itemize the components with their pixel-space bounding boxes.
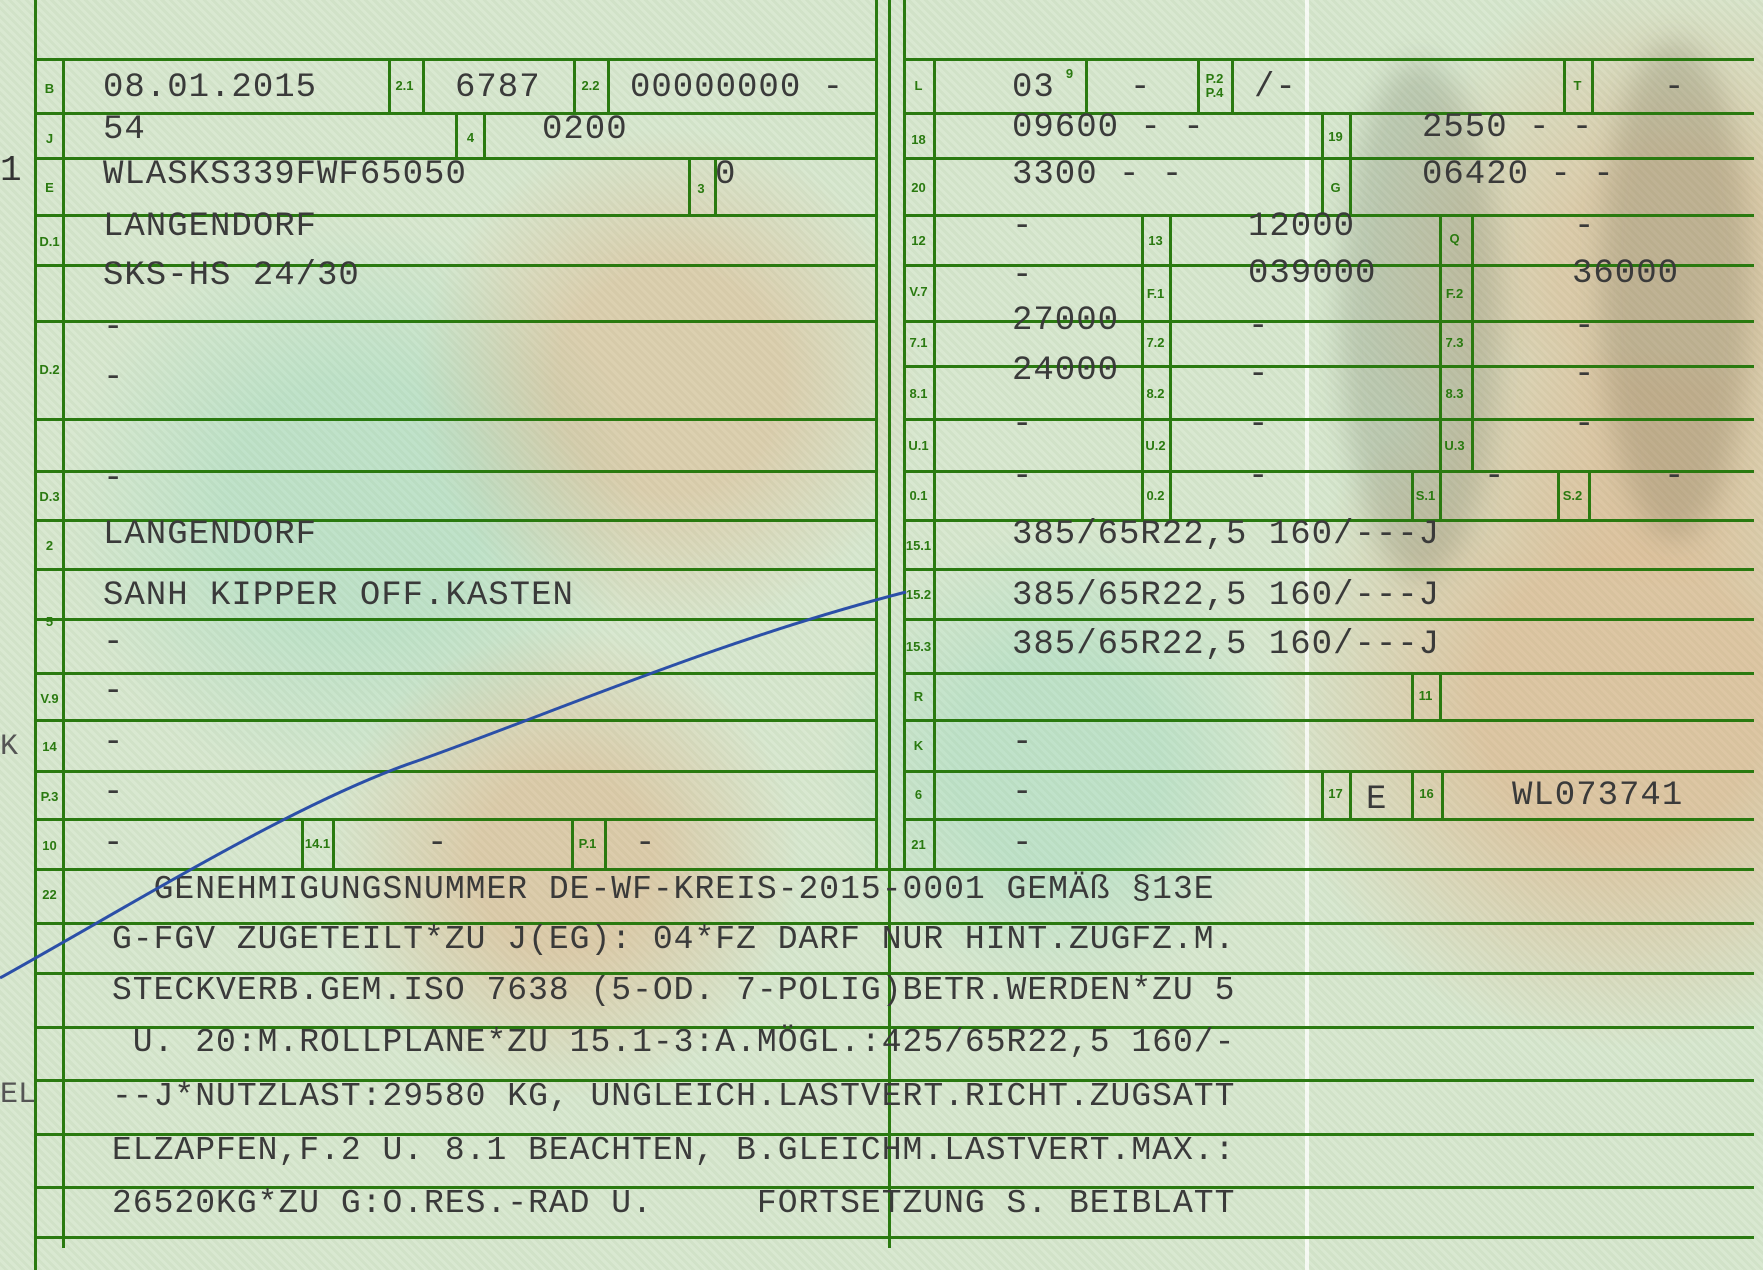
- pen-stroke: [0, 0, 1763, 1270]
